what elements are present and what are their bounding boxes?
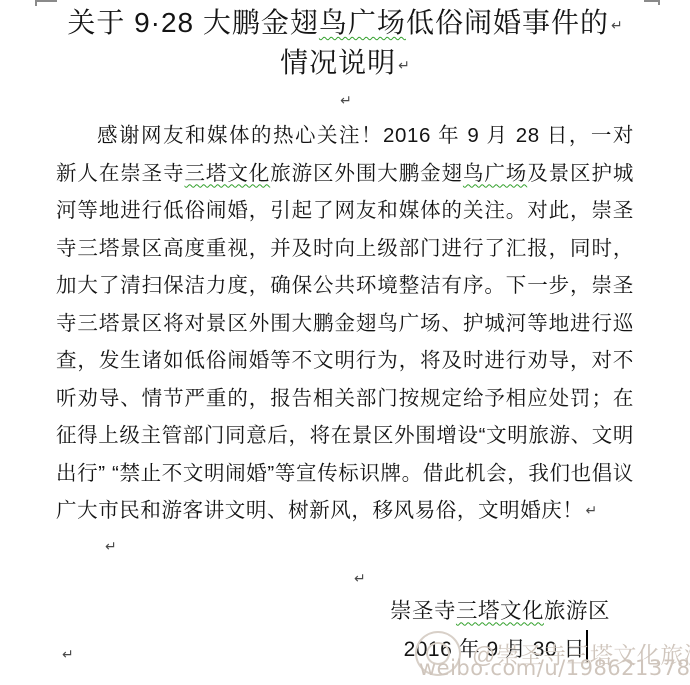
empty-paragraph: ↵	[0, 530, 690, 563]
paragraph-mark-icon: ↵	[584, 502, 598, 518]
text-run: 低俗闹婚事件的	[406, 7, 609, 38]
watermark-weibo-url: weibo.com/u/1986213782	[419, 656, 690, 680]
text-run-grammar-flagged: 三塔文化	[456, 599, 544, 623]
text-run: 关于 9·28 大鹏金翅	[67, 7, 319, 38]
text-boundary-mark-right	[644, 0, 660, 5]
text-run: 及景区护城河等地进行低俗闹婚，引起了网友和媒体的关注。对此，崇圣寺三塔景区高度重…	[56, 162, 634, 523]
paragraph-mark-icon: ↵	[338, 92, 352, 108]
document-title-line2: 情况说明↵	[0, 44, 690, 84]
paragraph-mark-icon: ↵	[103, 538, 117, 554]
document-title-line2-text: 情况说明	[280, 47, 396, 78]
text-run-grammar-flagged: 鸟广场	[463, 162, 527, 185]
paragraph-mark-icon: ↵	[60, 646, 74, 663]
paragraph-mark-icon: ↵	[609, 17, 623, 33]
paragraph-mark-icon: ↵	[352, 570, 366, 586]
empty-paragraph: ↵	[0, 84, 690, 117]
text-run: 旅游区	[544, 599, 610, 623]
text-run: 旅游区外围大鹏金翅	[270, 162, 463, 185]
paragraph-mark-icon: ↵	[396, 57, 410, 73]
empty-paragraph: ↵	[0, 563, 690, 593]
document-title: 关于 9·28 大鹏金翅鸟广场低俗闹婚事件的↵ 情况说明↵	[0, 4, 690, 84]
text-run: 崇圣寺	[390, 599, 456, 623]
document-title-line1: 关于 9·28 大鹏金翅鸟广场低俗闹婚事件的↵	[0, 4, 690, 44]
text-boundary-mark-left	[35, 0, 57, 6]
text-run-grammar-flagged: 鸟广场	[319, 7, 406, 38]
signature-line: 崇圣寺三塔文化旅游区	[0, 593, 690, 630]
document-body-paragraph[interactable]: 感谢网友和媒体的热心关注！2016 年 9 月 28 日，一对新人在崇圣寺三塔文…	[56, 117, 634, 530]
text-run-grammar-flagged: 三塔文化	[185, 162, 271, 185]
word-document-page: 关于 9·28 大鹏金翅鸟广场低俗闹婚事件的↵ 情况说明↵ ↵ 感谢网友和媒体的…	[0, 0, 690, 685]
